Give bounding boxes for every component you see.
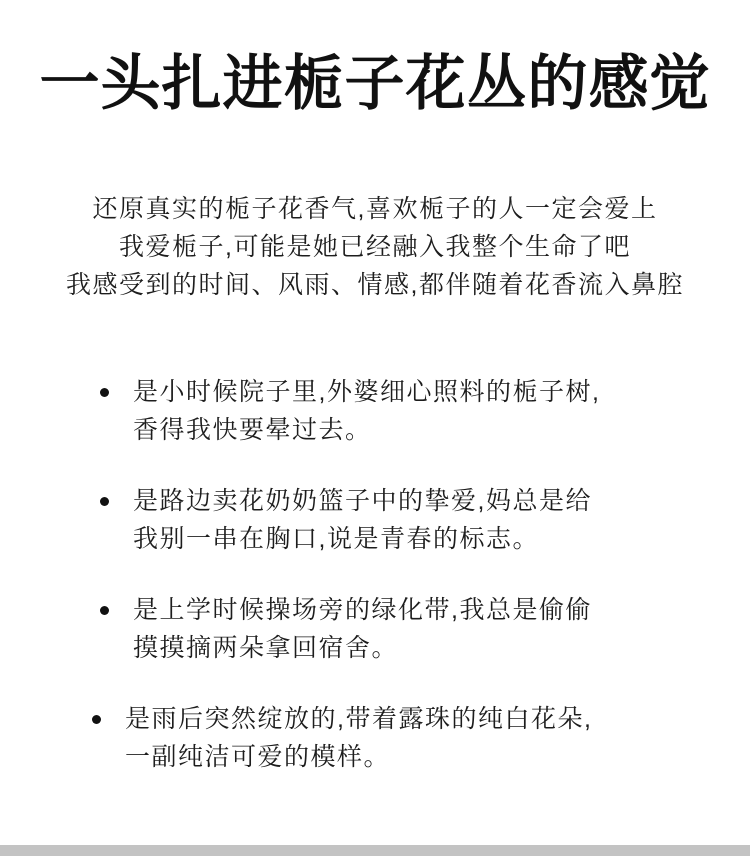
intro-line-3: 我感受到的时间、风雨、情感,都伴随着花香流入鼻腔 <box>0 266 750 304</box>
page-title: 一头扎进栀子花丛的感觉 <box>0 0 750 122</box>
bullet-text: 是上学时候操场旁的绿化带,我总是偷偷 摸摸摘两朵拿回宿舍。 <box>133 591 592 667</box>
bullet-text: 是小时候院子里,外婆细心照料的栀子树, 香得我快要晕过去。 <box>133 373 600 449</box>
bottom-divider-bar <box>0 845 750 856</box>
intro-paragraph: 还原真实的栀子花香气,喜欢栀子的人一定会爱上 我爱栀子,可能是她已经融入我整个生… <box>0 190 750 304</box>
bullet-list: 是小时候院子里,外婆细心照料的栀子树, 香得我快要晕过去。 是路边卖花奶奶篮子中… <box>0 373 750 776</box>
intro-line-1: 还原真实的栀子花香气,喜欢栀子的人一定会爱上 <box>0 190 750 228</box>
list-item: 是路边卖花奶奶篮子中的挚爱,妈总是给 我别一串在胸口,说是青春的标志。 <box>0 482 750 558</box>
bullet-dot-icon <box>100 388 109 397</box>
bullet-line: 是小时候院子里,外婆细心照料的栀子树, <box>133 373 600 411</box>
bullet-line: 我别一串在胸口,说是青春的标志。 <box>133 520 592 558</box>
list-item: 是雨后突然绽放的,带着露珠的纯白花朵, 一副纯洁可爱的模样。 <box>0 700 750 776</box>
bullet-line: 摸摸摘两朵拿回宿舍。 <box>133 629 592 667</box>
bullet-line: 一副纯洁可爱的模样。 <box>125 738 592 776</box>
bullet-line: 是上学时候操场旁的绿化带,我总是偷偷 <box>133 591 592 629</box>
list-item: 是小时候院子里,外婆细心照料的栀子树, 香得我快要晕过去。 <box>0 373 750 449</box>
bullet-line: 是雨后突然绽放的,带着露珠的纯白花朵, <box>125 700 592 738</box>
bullet-dot-icon <box>100 497 109 506</box>
promo-text-page: 一头扎进栀子花丛的感觉 还原真实的栀子花香气,喜欢栀子的人一定会爱上 我爱栀子,… <box>0 0 750 856</box>
bullet-text: 是雨后突然绽放的,带着露珠的纯白花朵, 一副纯洁可爱的模样。 <box>125 700 592 776</box>
bullet-dot-icon <box>92 715 101 724</box>
bullet-text: 是路边卖花奶奶篮子中的挚爱,妈总是给 我别一串在胸口,说是青春的标志。 <box>133 482 592 558</box>
bullet-dot-icon <box>100 606 109 615</box>
intro-line-2: 我爱栀子,可能是她已经融入我整个生命了吧 <box>0 228 750 266</box>
list-item: 是上学时候操场旁的绿化带,我总是偷偷 摸摸摘两朵拿回宿舍。 <box>0 591 750 667</box>
bullet-line: 是路边卖花奶奶篮子中的挚爱,妈总是给 <box>133 482 592 520</box>
bullet-line: 香得我快要晕过去。 <box>133 411 600 449</box>
